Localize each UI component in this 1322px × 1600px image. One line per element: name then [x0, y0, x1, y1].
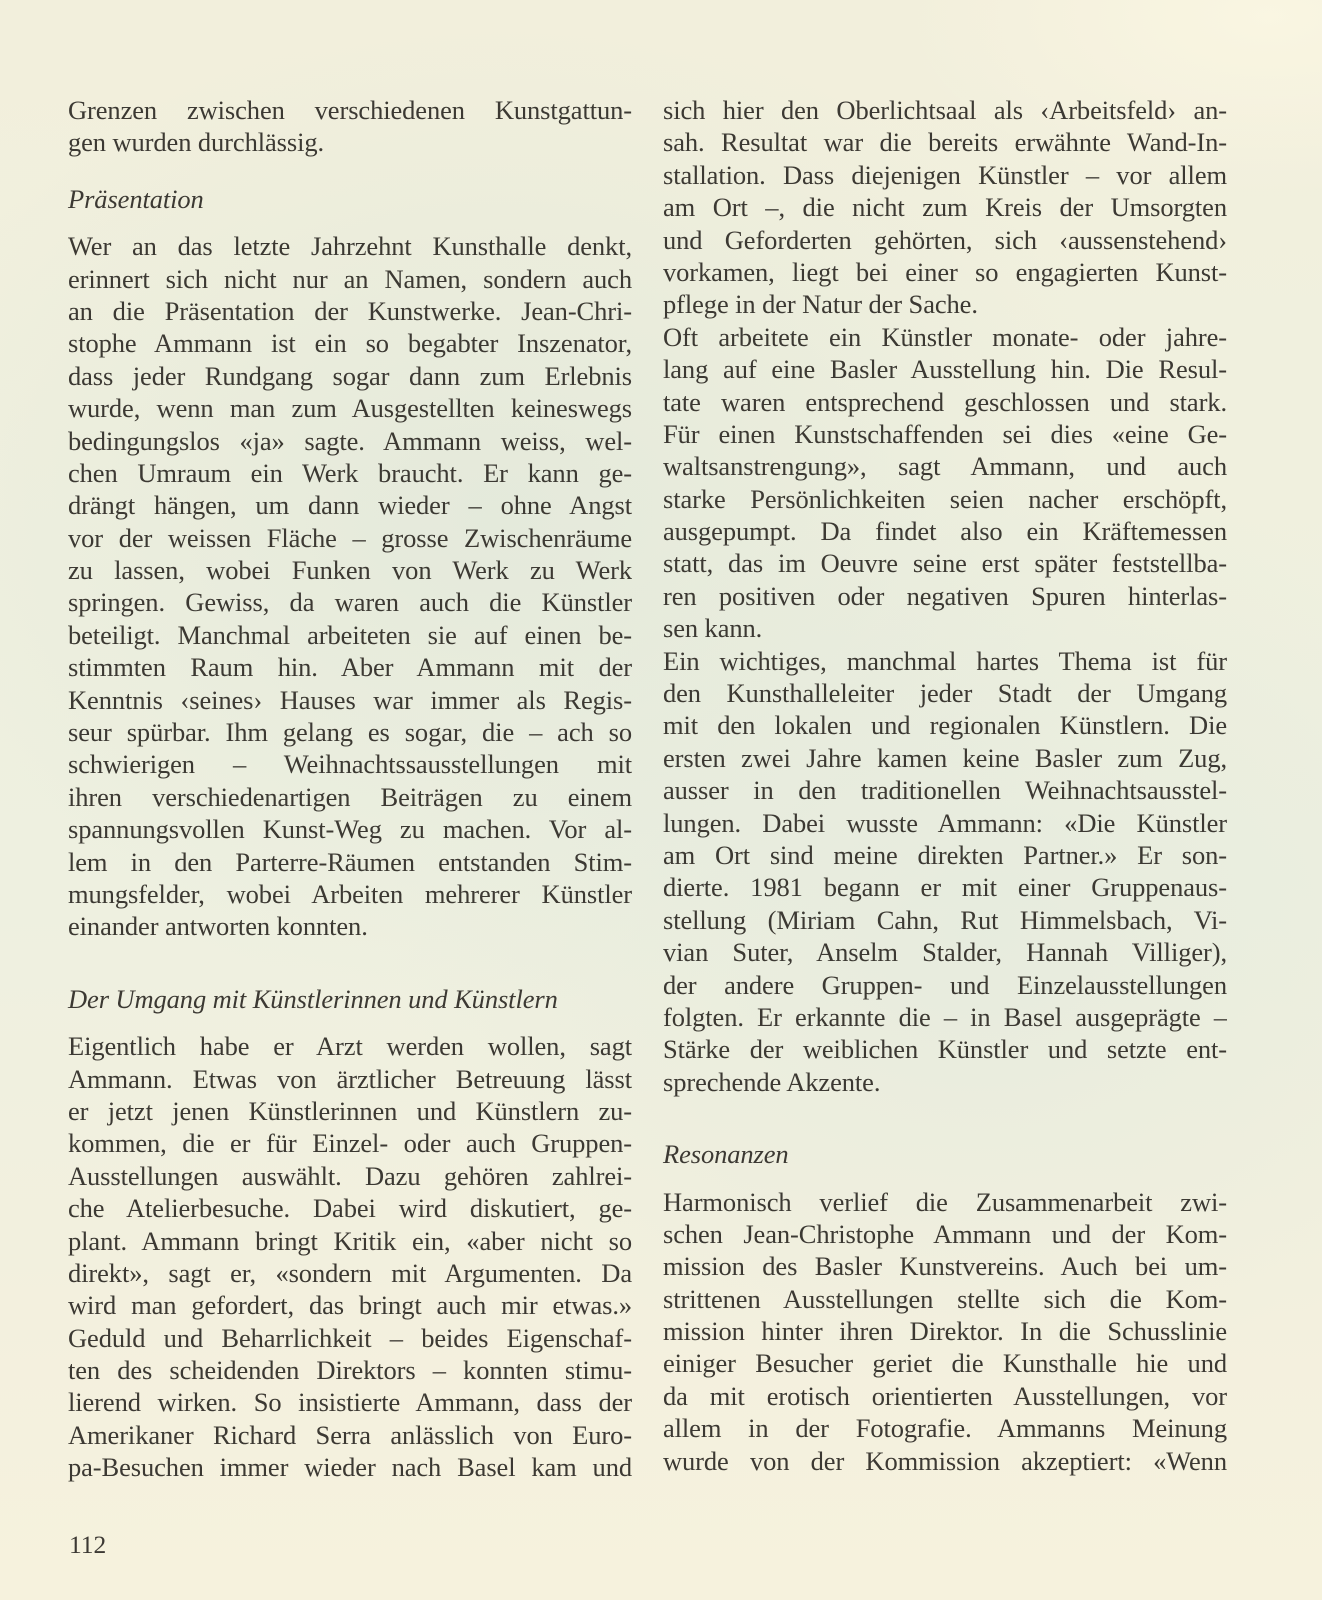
text-line: sich hier den Oberlichtsaal als ‹Arbeits… — [663, 94, 1227, 126]
paragraph-oberlichtsaal: sich hier den Oberlichtsaal als ‹Arbeits… — [663, 94, 1227, 321]
text-line: Ammann. Etwas von ärztlicher Betreuung l… — [68, 1063, 632, 1095]
paragraph-lokale-kuenstler: Ein wichtiges, manchmal hartes Thema ist… — [663, 645, 1227, 1098]
text-line: einander antworten konnten. — [68, 910, 632, 942]
text-line: statt, das im Oeuvre seine erst später f… — [663, 547, 1227, 579]
section-heading-resonanzen: Resonanzen — [663, 1138, 1227, 1170]
text-line: der andere Gruppen- und Einzelausstellun… — [663, 969, 1227, 1001]
text-line: ausgepumpt. Da findet also ein Kräftemes… — [663, 515, 1227, 547]
text-line: lem in den Parterre-Räumen entstanden St… — [68, 846, 632, 878]
text-line: mission des Basler Kunstvereins. Auch be… — [663, 1250, 1227, 1282]
text-line: seur spürbar. Ihm gelang es sogar, die –… — [68, 716, 632, 748]
text-line: stophe Ammann ist ein so begabter Inszen… — [68, 327, 632, 359]
text-line: mungsfelder, wobei Arbeiten mehrerer Kün… — [68, 878, 632, 910]
text-line: mit den lokalen und regionalen Künstlern… — [663, 709, 1227, 741]
text-line: Harmonisch verlief die Zusammenarbeit zw… — [663, 1186, 1227, 1218]
text-line: ren positiven oder negativen Spuren hint… — [663, 580, 1227, 612]
text-line: da mit erotisch orientierten Ausstellung… — [663, 1380, 1227, 1412]
text-line: dierte. 1981 begann er mit einer Gruppen… — [663, 871, 1227, 903]
text-line: einiger Besucher geriet die Kunsthalle h… — [663, 1347, 1227, 1379]
text-line: Ausstellungen auswählt. Dazu gehören zah… — [68, 1160, 632, 1192]
text-line: lierend wirken. So insistierte Ammann, d… — [68, 1386, 632, 1418]
text-line: pflege in der Natur der Sache. — [663, 288, 1227, 320]
text-line: strittenen Ausstellungen stellte sich di… — [663, 1283, 1227, 1315]
text-line: ihren verschiedenartigen Beiträgen zu ei… — [68, 781, 632, 813]
text-line: lungen. Dabei wusste Ammann: «Die Künstl… — [663, 807, 1227, 839]
text-line: wird man gefordert, das bringt auch mir … — [68, 1289, 632, 1321]
text-line: tate waren entsprechend geschlossen und … — [663, 386, 1227, 418]
text-line: chen Umraum ein Werk braucht. Er kann ge… — [68, 457, 632, 489]
text-line: vor der weissen Fläche – grosse Zwischen… — [68, 522, 632, 554]
text-line: Für einen Kunstschaffenden sei dies «ein… — [663, 418, 1227, 450]
paragraph-praesentation: Wer an das letzte Jahrzehnt Kunsthalle d… — [68, 230, 632, 943]
text-line: Wer an das letzte Jahrzehnt Kunsthalle d… — [68, 230, 632, 262]
section-heading-umgang: Der Umgang mit Künstlerinnen und Künstle… — [68, 983, 632, 1015]
text-line: Ein wichtiges, manchmal hartes Thema ist… — [663, 645, 1227, 677]
text-line: vian Suter, Anselm Stalder, Hannah Villi… — [663, 936, 1227, 968]
paragraph-continuation: Grenzen zwischen verschiedenen Kunstgatt… — [68, 94, 632, 159]
text-line: plant. Ammann bringt Kritik ein, «aber n… — [68, 1225, 632, 1257]
text-line: und Geforderten gehörten, sich ‹aussenst… — [663, 224, 1227, 256]
text-line: erinnert sich nicht nur an Namen, sonder… — [68, 263, 632, 295]
text-line: gen wurden durchlässig. — [68, 126, 632, 158]
text-line: bedingungslos «ja» sagte. Ammann weiss, … — [68, 425, 632, 457]
text-line: starke Persönlichkeiten seien nacher ers… — [663, 483, 1227, 515]
text-line: ausser in den traditionellen Weihnachtsa… — [663, 774, 1227, 806]
text-line: spannungsvollen Kunst-Weg zu machen. Vor… — [68, 813, 632, 845]
page-number: 112 — [69, 1530, 106, 1560]
column-left: Grenzen zwischen verschiedenen Kunstgatt… — [68, 94, 632, 1484]
text-line: wurde, wenn man zum Ausgestellten keines… — [68, 392, 632, 424]
text-line: Amerikaner Richard Serra anlässlich von … — [68, 1419, 632, 1451]
text-line: beteiligt. Manchmal arbeiteten sie auf e… — [68, 619, 632, 651]
text-line: allem in der Fotografie. Ammanns Meinung — [663, 1412, 1227, 1444]
text-line: drängt hängen, um dann wieder – ohne Ang… — [68, 489, 632, 521]
text-line: er jetzt jenen Künstlerinnen und Künstle… — [68, 1095, 632, 1127]
text-line: stallation. Dass diejenigen Künstler – v… — [663, 159, 1227, 191]
text-line: ten des scheidenden Direktors – konnten … — [68, 1354, 632, 1386]
text-line: Kenntnis ‹seines› Hauses war immer als R… — [68, 684, 632, 716]
text-line: schwierigen – Weihnachtssausstellungen m… — [68, 748, 632, 780]
text-line: pa-Besuchen immer wieder nach Basel kam … — [68, 1451, 632, 1483]
text-line: folgten. Er erkannte die – in Basel ausg… — [663, 1001, 1227, 1033]
text-line: direkt», sagt er, «sondern mit Argumente… — [68, 1257, 632, 1289]
text-line: vorkamen, liegt bei einer so engagierten… — [663, 256, 1227, 288]
text-line: den Kunsthalleleiter jeder Stadt der Umg… — [663, 677, 1227, 709]
text-line: am Ort –, die nicht zum Kreis der Umsorg… — [663, 191, 1227, 223]
text-line: wurde von der Kommission akzeptiert: «We… — [663, 1445, 1227, 1477]
text-line: sen kann. — [663, 612, 1227, 644]
text-line: sah. Resultat war die bereits erwähnte W… — [663, 126, 1227, 158]
text-line: kommen, die er für Einzel- oder auch Gru… — [68, 1127, 632, 1159]
text-line: stimmten Raum hin. Aber Ammann mit der — [68, 651, 632, 683]
section-heading-praesentation: Präsentation — [68, 183, 632, 215]
text-line: che Atelierbesuche. Dabei wird diskutier… — [68, 1192, 632, 1224]
text-line: schen Jean-Christophe Ammann und der Kom… — [663, 1218, 1227, 1250]
text-line: zu lassen, wobei Funken von Werk zu Werk — [68, 554, 632, 586]
text-line: waltsanstrengung», sagt Ammann, und auch — [663, 450, 1227, 482]
text-line: ersten zwei Jahre kamen keine Basler zum… — [663, 742, 1227, 774]
text-line: mission hinter ihren Direktor. In die Sc… — [663, 1315, 1227, 1347]
text-line: Geduld und Beharrlichkeit – beides Eigen… — [68, 1322, 632, 1354]
text-line: Grenzen zwischen verschiedenen Kunstgatt… — [68, 94, 632, 126]
text-line: sprechende Akzente. — [663, 1066, 1227, 1098]
text-line: stellung (Miriam Cahn, Rut Himmelsbach, … — [663, 904, 1227, 936]
column-right: sich hier den Oberlichtsaal als ‹Arbeits… — [663, 94, 1227, 1484]
paragraph-resonanzen: Harmonisch verlief die Zusammenarbeit zw… — [663, 1186, 1227, 1478]
text-line: Eigentlich habe er Arzt werden wollen, s… — [68, 1030, 632, 1062]
text-line: am Ort sind meine direkten Partner.» Er … — [663, 839, 1227, 871]
text-line: an die Präsentation der Kunstwerke. Jean… — [68, 295, 632, 327]
text-line: Oft arbeitete ein Künstler monate- oder … — [663, 321, 1227, 353]
text-columns: Grenzen zwischen verschiedenen Kunstgatt… — [68, 94, 1228, 1484]
text-line: dass jeder Rundgang sogar dann zum Erleb… — [68, 360, 632, 392]
paragraph-resultate: Oft arbeitete ein Künstler monate- oder … — [663, 321, 1227, 645]
paragraph-umgang: Eigentlich habe er Arzt werden wollen, s… — [68, 1030, 632, 1483]
text-line: Stärke der weiblichen Künstler und setzt… — [663, 1033, 1227, 1065]
text-line: springen. Gewiss, da waren auch die Küns… — [68, 586, 632, 618]
text-line: lang auf eine Basler Ausstellung hin. Di… — [663, 353, 1227, 385]
